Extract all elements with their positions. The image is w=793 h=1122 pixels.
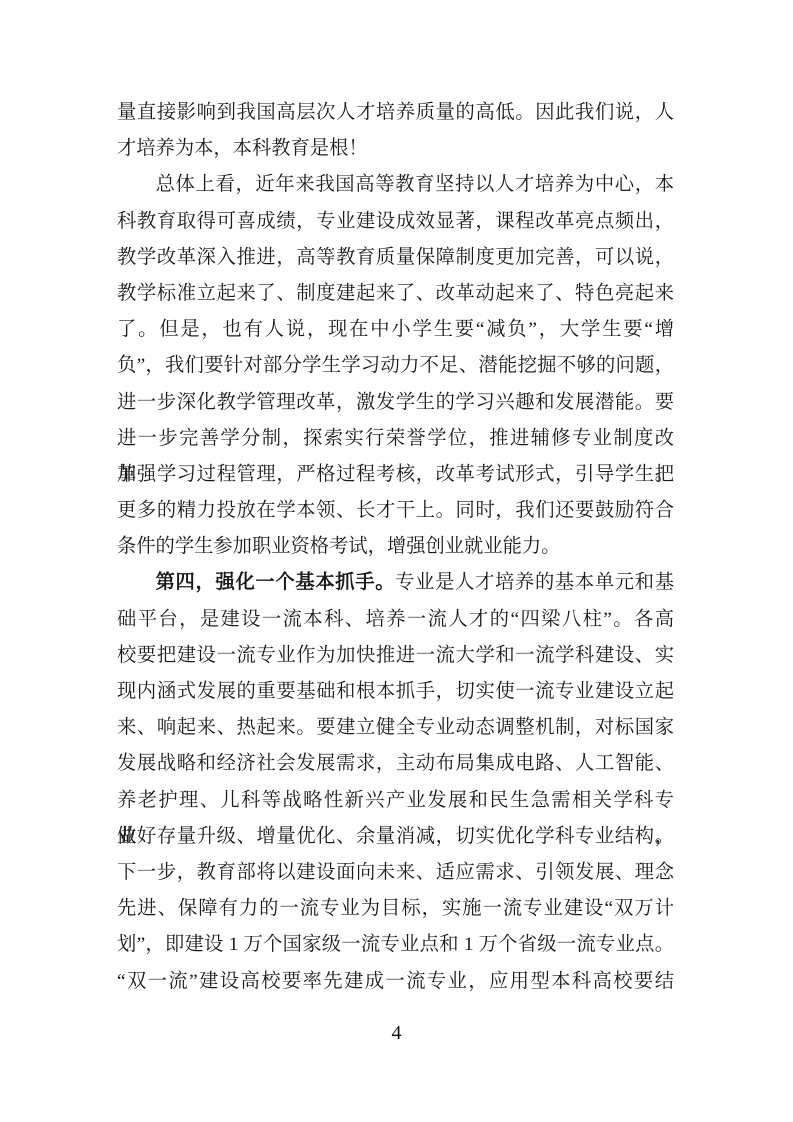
text-line: 量直接影响到我国高层次人才培养质量的高低。因此我们说，人 [117,95,674,131]
text-line: 先进、保障有力的一流专业为目标，实施一流专业建设“双万计 [117,891,674,927]
text-line: 第四，强化一个基本抓手。专业是人才培养的基本单元和基 [117,565,674,601]
text-line: 养老护理、儿科等战略性新兴产业发展和民生急需相关学科专业， [117,783,674,819]
text-line: 进一步完善学分制，探索实行荣誉学位，推进辅修专业制度改革。 [117,421,674,457]
text-line: 现内涵式发展的重要基础和根本抓手，切实使一流专业建设立起 [117,674,674,710]
text-line: 划”，即建设 1 万个国家级一流专业点和 1 万个省级一流专业点。 [117,927,674,963]
text-line: 进一步深化教学管理改革，激发学生的学习兴趣和发展潜能。要 [117,385,674,421]
text-line: 更多的精力投放在学本领、长才干上。同时，我们还要鼓励符合 [117,493,674,529]
text-line: 教学标准立起来了、制度建起来了、改革动起来了、特色亮起来 [117,276,674,312]
text-line: 了。但是，也有人说，现在中小学生要“减负”，大学生要“增 [117,312,674,348]
text-line: 加强学习过程管理，严格过程考核，改革考试形式，引导学生把 [117,457,674,493]
text-line: 下一步，教育部将以建设面向未来、适应需求、引领发展、理念 [117,855,674,891]
text-line: 教学改革深入推进，高等教育质量保障制度更加完善，可以说， [117,240,674,276]
text-line: “双一流”建设高校要率先建成一流专业，应用型本科高校要结 [117,964,674,1000]
text-line: 科教育取得可喜成绩，专业建设成效显著，课程改革亮点频出， [117,204,674,240]
body-text: 量直接影响到我国高层次人才培养质量的高低。因此我们说，人 才培养为本，本科教育是… [117,95,674,1000]
text-line: 校要把建设一流专业作为加快推进一流大学和一流学科建设、实 [117,638,674,674]
text-line: 条件的学生参加职业资格考试，增强创业就业能力。 [117,529,674,565]
text-line: 才培养为本，本科教育是根！ [117,131,674,167]
text-run: 专业是人才培养的基本单元和基 [395,572,674,593]
document-page: 量直接影响到我国高层次人才培养质量的高低。因此我们说，人 才培养为本，本科教育是… [0,0,793,1122]
text-line: 来、响起来、热起来。要建立健全专业动态调整机制，对标国家 [117,710,674,746]
text-line: 础平台，是建设一流本科、培养一流人才的“四梁八柱”。各高 [117,602,674,638]
text-line: 总体上看，近年来我国高等教育坚持以人才培养为中心，本 [117,167,674,203]
bold-heading: 第四，强化一个基本抓手。 [156,572,396,593]
text-line: 发展战略和经济社会发展需求，主动布局集成电路、人工智能、 [117,746,674,782]
page-number: 4 [0,1018,793,1048]
text-line: 负”，我们要针对部分学生学习动力不足、潜能挖掘不够的问题， [117,348,674,384]
text-line: 做好存量升级、增量优化、余量消减，切实优化学科专业结构。 [117,819,674,855]
